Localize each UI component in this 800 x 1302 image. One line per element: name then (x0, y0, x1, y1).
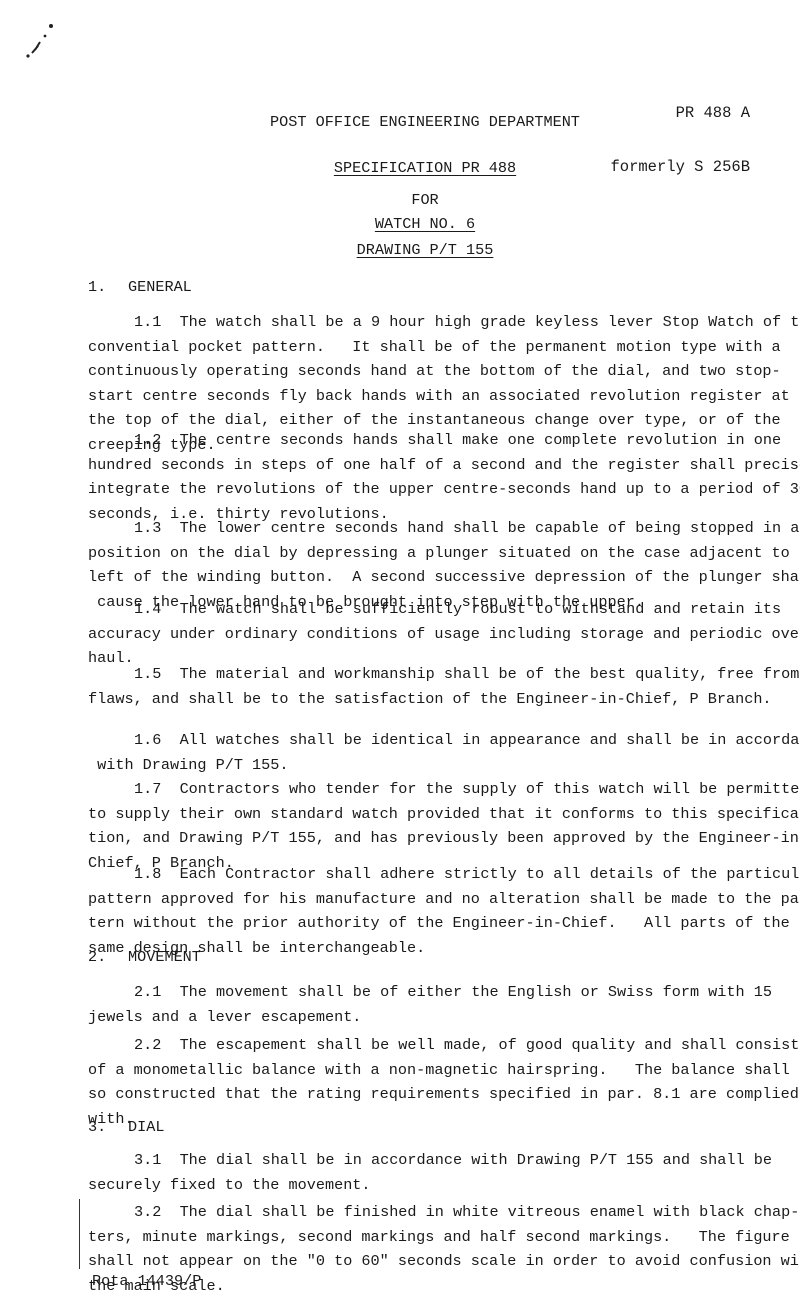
clause-line: jewels and a lever escapement. (88, 1005, 778, 1030)
clause-line: so constructed that the rating requireme… (88, 1082, 778, 1107)
clause-line: 1.4 The watch shall be sufficiently robu… (88, 597, 778, 622)
section-title: MOVEMENT (128, 948, 201, 966)
clause-line: left of the winding button. A second suc… (88, 565, 778, 590)
clause-line: pattern approved for his manufacture and… (88, 887, 778, 912)
clause-line: 2.2 The escapement shall be well made, o… (88, 1033, 778, 1058)
clause-paragraph: 1.6 All watches shall be identical in ap… (88, 728, 778, 777)
item-title: WATCH NO. 6 (375, 215, 475, 233)
clause-line: 3.2 The dial shall be finished in white … (88, 1200, 778, 1225)
department-title: POST OFFICE ENGINEERING DEPARTMENT (0, 110, 800, 135)
section-title: DIAL (128, 1118, 164, 1136)
clause-paragraph: 1.2 The centre seconds hands shall make … (88, 428, 778, 526)
section-title: GENERAL (128, 278, 192, 296)
clause-line: 1.3 The lower centre seconds hand shall … (88, 516, 778, 541)
clause-line: to supply their own standard watch provi… (88, 802, 778, 827)
clause-paragraph: 1.4 The watch shall be sufficiently robu… (88, 597, 778, 671)
clause-paragraph: 2.1 The movement shall be of either the … (88, 980, 778, 1029)
clause-line: 1.7 Contractors who tender for the suppl… (88, 777, 778, 802)
clause-line: integrate the revolutions of the upper c… (88, 477, 778, 502)
clause-line: of a monometallic balance with a non-mag… (88, 1058, 778, 1083)
clause-line: 1.2 The centre seconds hands shall make … (88, 428, 778, 453)
clause-line: 2.1 The movement shall be of either the … (88, 980, 778, 1005)
clause-line: 1.5 The material and workmanship shall b… (88, 662, 778, 687)
for-label: FOR (0, 188, 800, 213)
section-heading: 1.GENERAL (88, 275, 192, 300)
section-number: 3. (88, 1115, 128, 1140)
clause-line: continuously operating seconds hand at t… (88, 359, 778, 384)
drawing-reference: DRAWING P/T 155 (357, 241, 494, 259)
clause-line: position on the dial by depressing a plu… (88, 541, 778, 566)
clause-line: with. (88, 1107, 778, 1132)
clause-line: 1.1 The watch shall be a 9 hour high gra… (88, 310, 778, 335)
clause-line: flaws, and shall be to the satisfaction … (88, 687, 778, 712)
section-number: 2. (88, 945, 128, 970)
footer-reference: Rota 14439/P (92, 1269, 201, 1294)
section-number: 1. (88, 275, 128, 300)
clause-line: hundred seconds in steps of one half of … (88, 453, 778, 478)
clause-line: tion, and Drawing P/T 155, and has previ… (88, 826, 778, 851)
clause-paragraph: 1.5 The material and workmanship shall b… (88, 662, 778, 711)
section-heading: 3.DIAL (88, 1115, 164, 1140)
clause-line: 1.8 Each Contractor shall adhere strictl… (88, 862, 778, 887)
clause-line: start centre seconds fly back hands with… (88, 384, 778, 409)
clause-line: securely fixed to the movement. (88, 1173, 778, 1198)
clause-paragraph: 3.1 The dial shall be in accordance with… (88, 1148, 778, 1197)
clause-line: 1.6 All watches shall be identical in ap… (88, 728, 778, 753)
specification-title: SPECIFICATION PR 488 (334, 159, 516, 177)
section-heading: 2.MOVEMENT (88, 945, 201, 970)
clause-paragraph: 2.2 The escapement shall be well made, o… (88, 1033, 778, 1131)
clause-line: accuracy under ordinary conditions of us… (88, 622, 778, 647)
scan-speck-mark (18, 18, 58, 63)
clause-line: with Drawing P/T 155. (88, 753, 778, 778)
clause-paragraph: 1.7 Contractors who tender for the suppl… (88, 777, 778, 875)
clause-line: ters, minute markings, second markings a… (88, 1225, 778, 1250)
revision-bar (79, 1199, 80, 1269)
clause-line: convential pocket pattern. It shall be o… (88, 335, 778, 360)
clause-line: tern without the prior authority of the … (88, 911, 778, 936)
clause-line: 3.1 The dial shall be in accordance with… (88, 1148, 778, 1173)
